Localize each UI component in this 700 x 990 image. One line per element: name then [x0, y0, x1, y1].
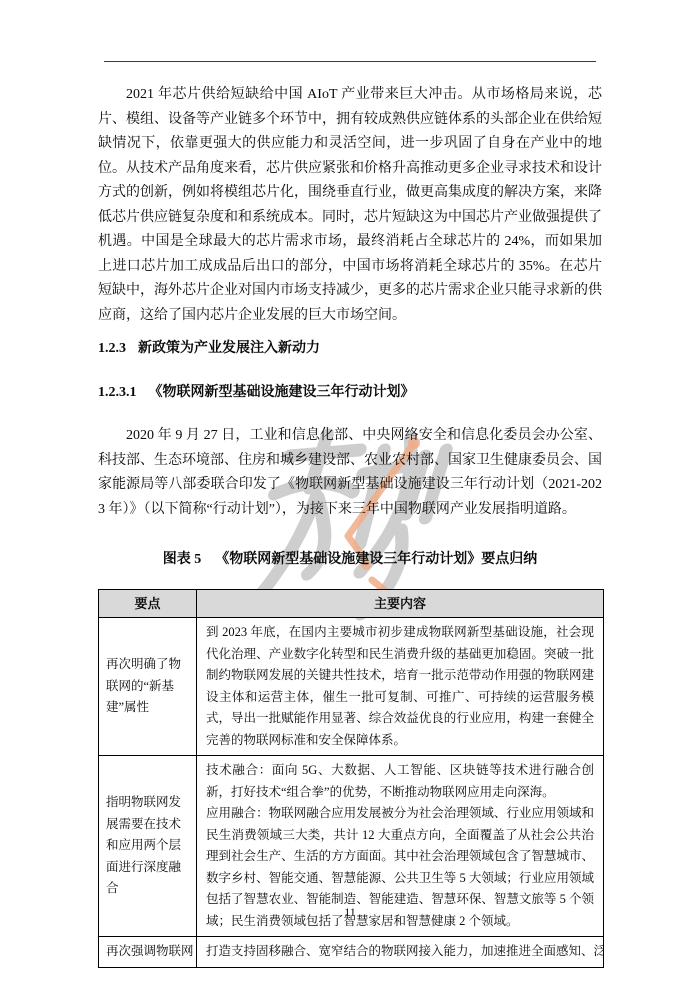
- row-key: 再次强调物联网: [99, 937, 197, 968]
- row-content-paragraph: 技术融合：面向 5G、大数据、人工智能、区块链等技术进行融合创新，打好技术“组合…: [206, 760, 594, 803]
- table-header-row: 要点 主要内容: [99, 589, 604, 618]
- page-content: 2021 年芯片供给短缺给中国 AIoT 产业带来巨大冲击。从市场格局来说，芯片…: [98, 83, 602, 968]
- section-heading-1-2-3-1: 1.2.3.1《物联网新型基础设施建设三年行动计划》: [98, 381, 602, 406]
- paragraph-chip-shortage: 2021 年芯片供给短缺给中国 AIoT 产业带来巨大冲击。从市场格局来说，芯片…: [98, 83, 602, 328]
- figure-caption-label: 图表 5: [163, 552, 202, 567]
- table-row: 再次明确了物联网的“新基建”属性 到 2023 年底，在国内主要城市初步建成物联…: [99, 618, 604, 756]
- subsection-title: 《物联网新型基础设施建设三年行动计划》: [149, 385, 415, 400]
- page-number: 11: [0, 905, 700, 920]
- page-header-rule: [104, 61, 596, 62]
- row-content: 打造支持固移融合、宽窄结合的物联网接入能力，加速推进全面感知、泛在连接、: [197, 937, 604, 968]
- row-content: 到 2023 年底，在国内主要城市初步建成物联网新型基础设施，社会现代化治理、产…: [197, 618, 604, 756]
- document-page: 2021 年芯片供给短缺给中国 AIoT 产业带来巨大冲击。从市场格局来说，芯片…: [0, 0, 700, 990]
- row-content-paragraph: 打造支持固移融合、宽窄结合的物联网接入能力，加速推进全面感知、泛在连接、: [206, 941, 594, 963]
- table-row: 再次强调物联网 打造支持固移融合、宽窄结合的物联网接入能力，加速推进全面感知、泛…: [99, 937, 604, 968]
- row-content-paragraph: 到 2023 年底，在国内主要城市初步建成物联网新型基础设施，社会现代化治理、产…: [206, 622, 594, 751]
- section-title: 新政策为产业发展注入新动力: [138, 341, 320, 356]
- figure-caption: 图表 5《物联网新型基础设施建设三年行动计划》要点归纳: [98, 548, 602, 573]
- subsection-number: 1.2.3.1: [98, 385, 137, 400]
- paragraph-action-plan: 2020 年 9 月 27 日，工业和信息化部、中央网络安全和信息化委员会办公室…: [98, 424, 602, 522]
- row-key: 再次明确了物联网的“新基建”属性: [99, 618, 197, 756]
- section-number: 1.2.3: [98, 341, 126, 356]
- figure-caption-text: 《物联网新型基础设施建设三年行动计划》要点归纳: [215, 552, 537, 567]
- column-header-key: 要点: [99, 589, 197, 618]
- section-heading-1-2-3: 1.2.3新政策为产业发展注入新动力: [98, 337, 602, 362]
- column-header-content: 主要内容: [197, 589, 604, 618]
